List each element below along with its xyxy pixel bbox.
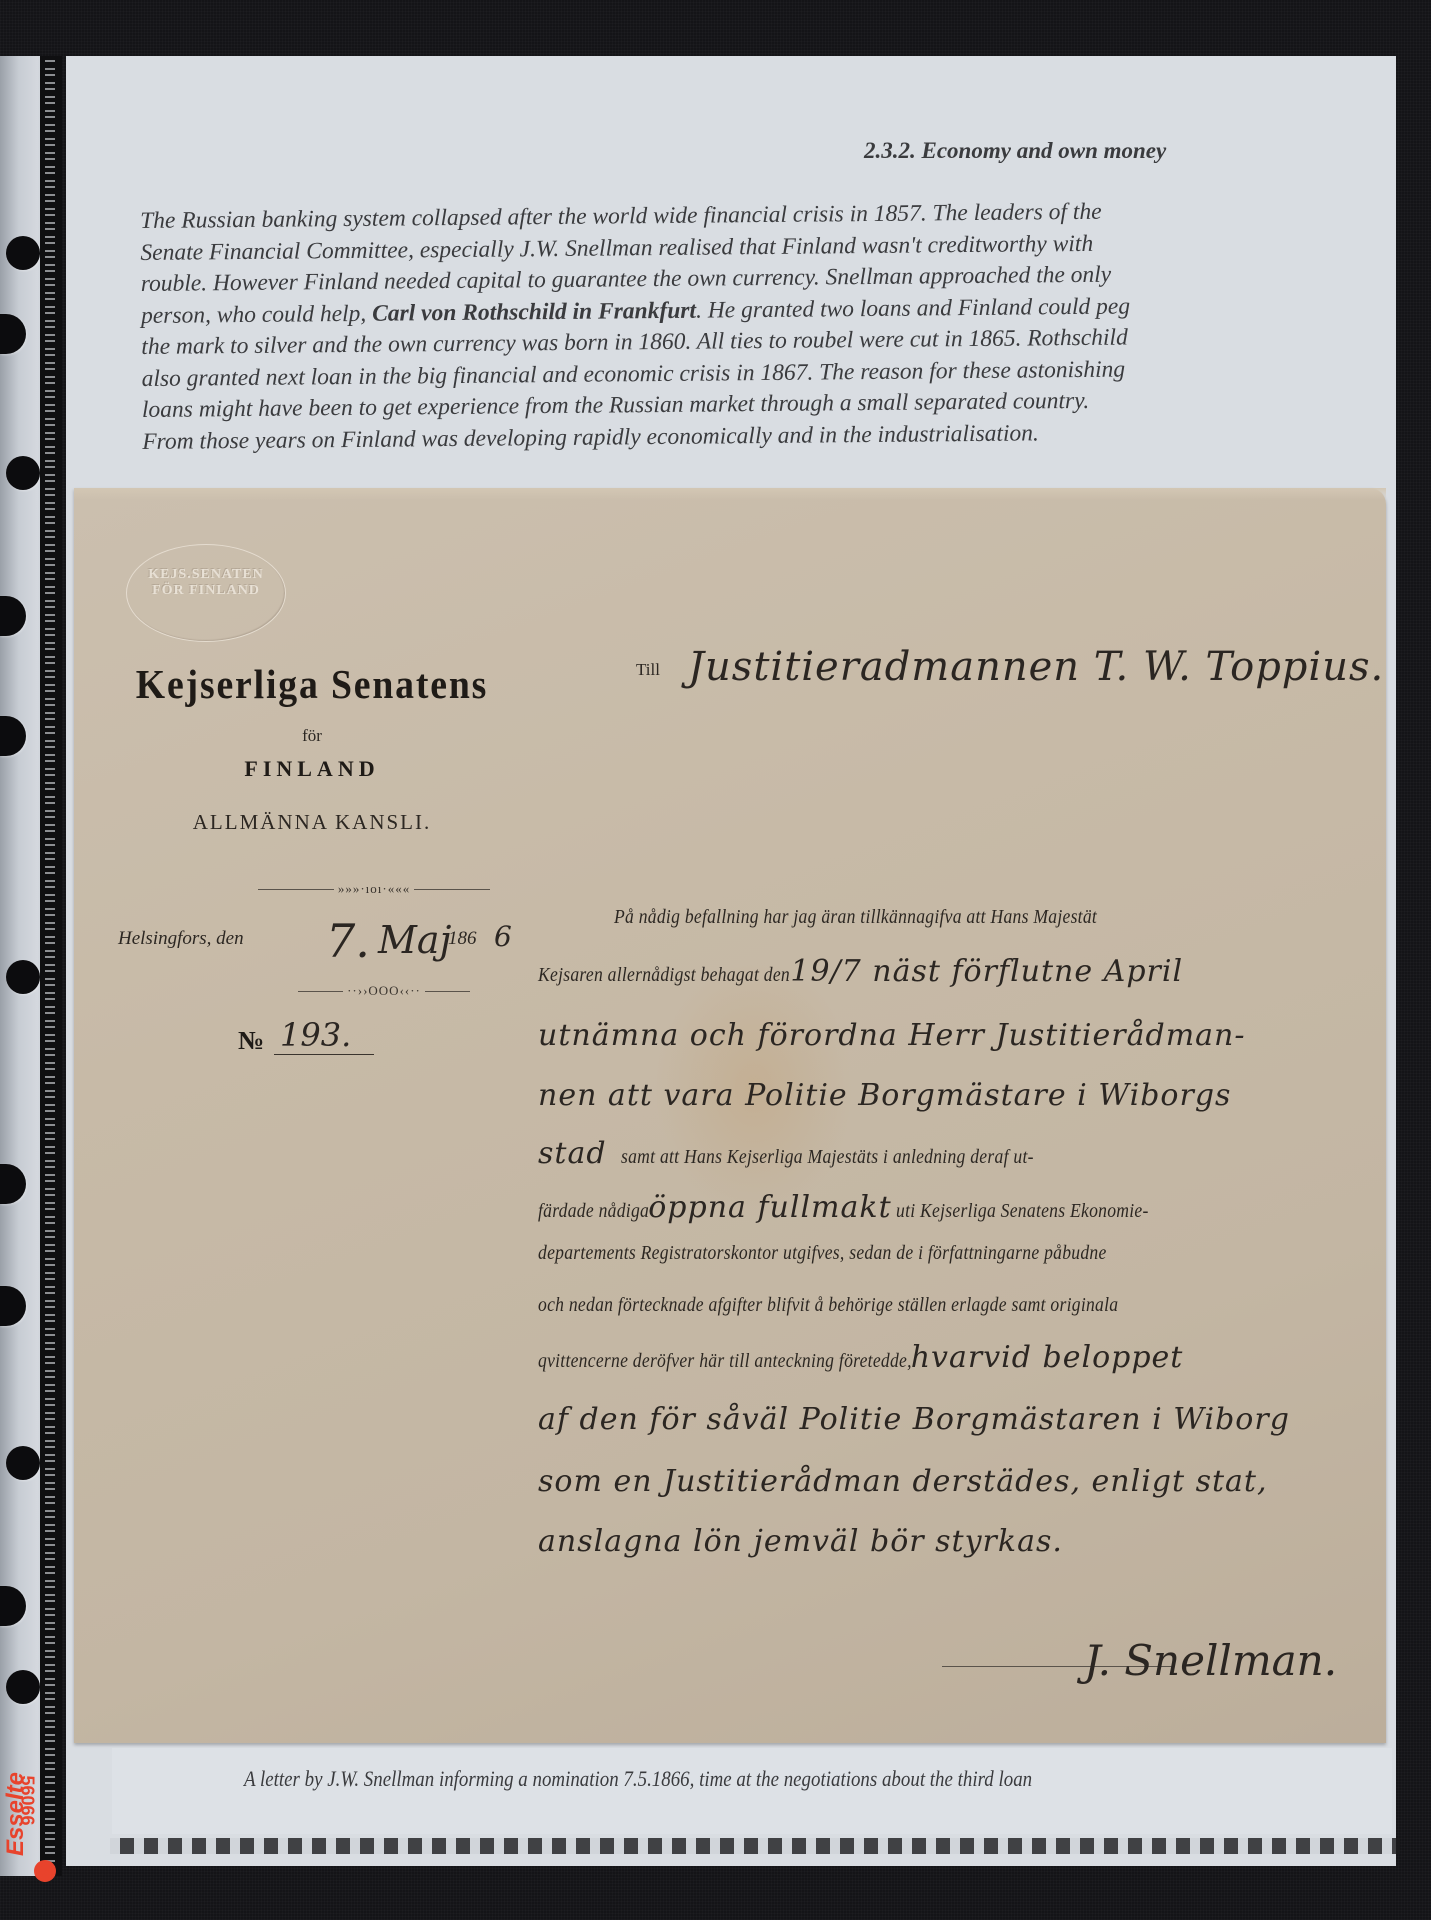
- printed-text: departements Registratorskontor utgifves…: [538, 1242, 1107, 1265]
- letter-body-line: stad samt att Hans Kejserliga Majestäts …: [538, 1136, 1090, 1171]
- punch-hole: [0, 314, 26, 354]
- handwritten-text: som en Justitierådman derstädes, enligt …: [538, 1464, 1268, 1499]
- letter-body-line: anslagna lön jemväl bör styrkas.: [538, 1524, 1063, 1559]
- addressee-handwritten: Justitieradmannen T. W. Toppius.: [688, 644, 1384, 690]
- punch-hole: [6, 456, 40, 490]
- intro-bold-name: Carl von Rothschild in Frankfurt: [372, 297, 696, 326]
- embossed-seal-icon: KEJS.SENATEN FÖR FINLAND: [126, 544, 286, 642]
- letter-body-line: färdade nådiga öppna fullmakt uti Kejser…: [538, 1190, 1183, 1225]
- letterhead-title: Kejserliga Senatens: [110, 660, 515, 708]
- letterhead-for: för: [92, 726, 532, 746]
- intro-text: person, who could help,: [141, 300, 372, 328]
- printed-text: färdade nådiga: [538, 1200, 649, 1223]
- handwritten-text: hvarvid beloppet: [911, 1340, 1184, 1375]
- till-label: Till: [636, 660, 660, 680]
- handwritten-text: 19/7 näst förflutne April: [790, 954, 1183, 989]
- punch-hole: [0, 596, 26, 636]
- letter-body-line: och nedan förtecknade afgifter blifvit å…: [538, 1294, 1197, 1317]
- letter-body-line: som en Justitierådman derstädes, enligt …: [538, 1464, 1268, 1499]
- date-day-handwritten: 7.: [326, 914, 370, 968]
- letterhead-office: ALLMÄNNA KANSLI.: [92, 810, 532, 835]
- document-number: 193.: [280, 1016, 351, 1054]
- printed-text: uti Kejserliga Senatens Ekonomie-: [896, 1200, 1149, 1223]
- letter-body-line: af den för såväl Politie Borgmästaren i …: [538, 1402, 1290, 1437]
- section-heading: 2.3.2. Economy and own money: [864, 138, 1166, 164]
- date-year-handwritten: 6: [494, 920, 512, 953]
- letterhead-country: FINLAND: [92, 756, 532, 782]
- historic-letter: KEJS.SENATEN FÖR FINLAND Kejserliga Sena…: [74, 488, 1386, 1743]
- handwritten-text: utnämna och förordna Herr Justitierådman…: [538, 1018, 1246, 1053]
- punch-hole: [6, 1446, 40, 1480]
- punch-hole: [6, 960, 40, 994]
- punch-hole: [6, 1670, 40, 1704]
- printed-text: På nådig befallning har jag äran tillkän…: [614, 906, 1097, 929]
- letter-body-line: Kejsaren allernådigst behagat den 19/7 n…: [538, 954, 1183, 989]
- ornament-divider-icon: ··››OOO‹‹··: [294, 984, 474, 998]
- ornament-divider-icon: »»»·ıoı·«««: [254, 882, 494, 896]
- punch-hole: [0, 1164, 26, 1204]
- handwritten-text: af den för såväl Politie Borgmästaren i …: [538, 1402, 1290, 1437]
- esselte-logo-icon: [34, 1860, 56, 1882]
- printed-text: Kejsaren allernådigst behagat den: [538, 964, 790, 987]
- seal-text: FÖR FINLAND: [127, 583, 285, 599]
- letter-caption: A letter by J.W. Snellman informing a no…: [244, 1766, 1032, 1792]
- product-code: 56066: [17, 1775, 38, 1825]
- punch-hole: [0, 1586, 26, 1626]
- punch-hole: [0, 716, 26, 756]
- ornament-glyphs: ··››OOO‹‹··: [347, 983, 421, 999]
- letter-body-line: utnämna och förordna Herr Justitierådman…: [538, 1018, 1246, 1053]
- letter-body-line: qvittencerne deröfver här till antecknin…: [538, 1340, 1183, 1375]
- sleeve-brand-mark: Esselte 56066: [4, 1730, 60, 1880]
- intro-paragraph: The Russian banking system collapsed aft…: [140, 195, 1322, 458]
- ornament-glyphs: »»»·ıoı·«««: [338, 881, 410, 897]
- letter-body-line: nen att vara Politie Borgmästare i Wibor…: [538, 1078, 1231, 1113]
- date-year-printed: 186: [448, 928, 477, 950]
- place-label: Helsingfors, den: [118, 928, 244, 950]
- number-underline: [274, 1054, 374, 1055]
- handwritten-text: nen att vara Politie Borgmästare i Wibor…: [538, 1078, 1231, 1113]
- handwritten-text: öppna fullmakt: [648, 1190, 891, 1225]
- handwritten-text: anslagna lön jemväl bör styrkas.: [538, 1524, 1063, 1559]
- sleeve-bottom-perforation: [110, 1838, 1400, 1854]
- seal-text: KEJS.SENATEN: [127, 567, 285, 583]
- letter-body-line: departements Registratorskontor utgifves…: [538, 1242, 1184, 1265]
- number-sign: №: [238, 1026, 264, 1056]
- signature: J. Snellman.: [1084, 1636, 1337, 1685]
- punch-hole: [0, 1286, 26, 1326]
- punch-hole: [6, 236, 40, 270]
- letter-body-line: På nådig befallning har jag äran tillkän…: [614, 906, 1163, 929]
- date-month-handwritten: Maj: [378, 918, 451, 962]
- printed-text: och nedan förtecknade afgifter blifvit å…: [538, 1294, 1118, 1317]
- printed-text: samt att Hans Kejserliga Majestäts i anl…: [621, 1146, 1034, 1169]
- handwritten-text: stad: [538, 1136, 607, 1171]
- intro-text: . He granted two loans and Finland could…: [696, 293, 1130, 323]
- sleeve-perforation: [40, 56, 62, 1876]
- printed-text: qvittencerne deröfver här till antecknin…: [538, 1350, 912, 1373]
